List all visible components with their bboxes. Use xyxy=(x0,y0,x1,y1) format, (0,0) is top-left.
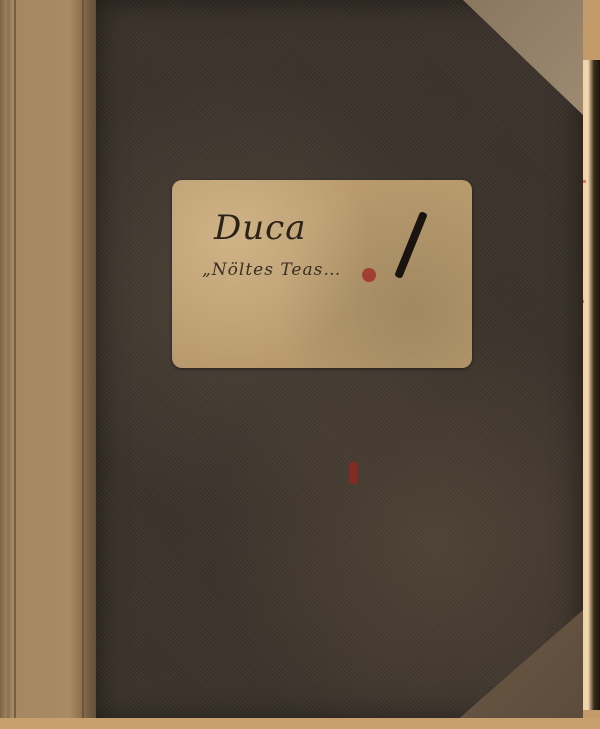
cover-label: Duca „Nöltes Teas… xyxy=(172,180,472,368)
spine-ridge xyxy=(14,0,16,722)
book-spine xyxy=(0,0,100,722)
table-edge xyxy=(0,718,600,729)
label-title: Duca xyxy=(214,208,306,248)
ink-stroke xyxy=(394,211,428,279)
red-stain xyxy=(362,268,376,282)
label-subtitle: „Nöltes Teas… xyxy=(202,260,341,280)
spine-ridge xyxy=(82,0,84,722)
red-mark xyxy=(349,462,358,484)
